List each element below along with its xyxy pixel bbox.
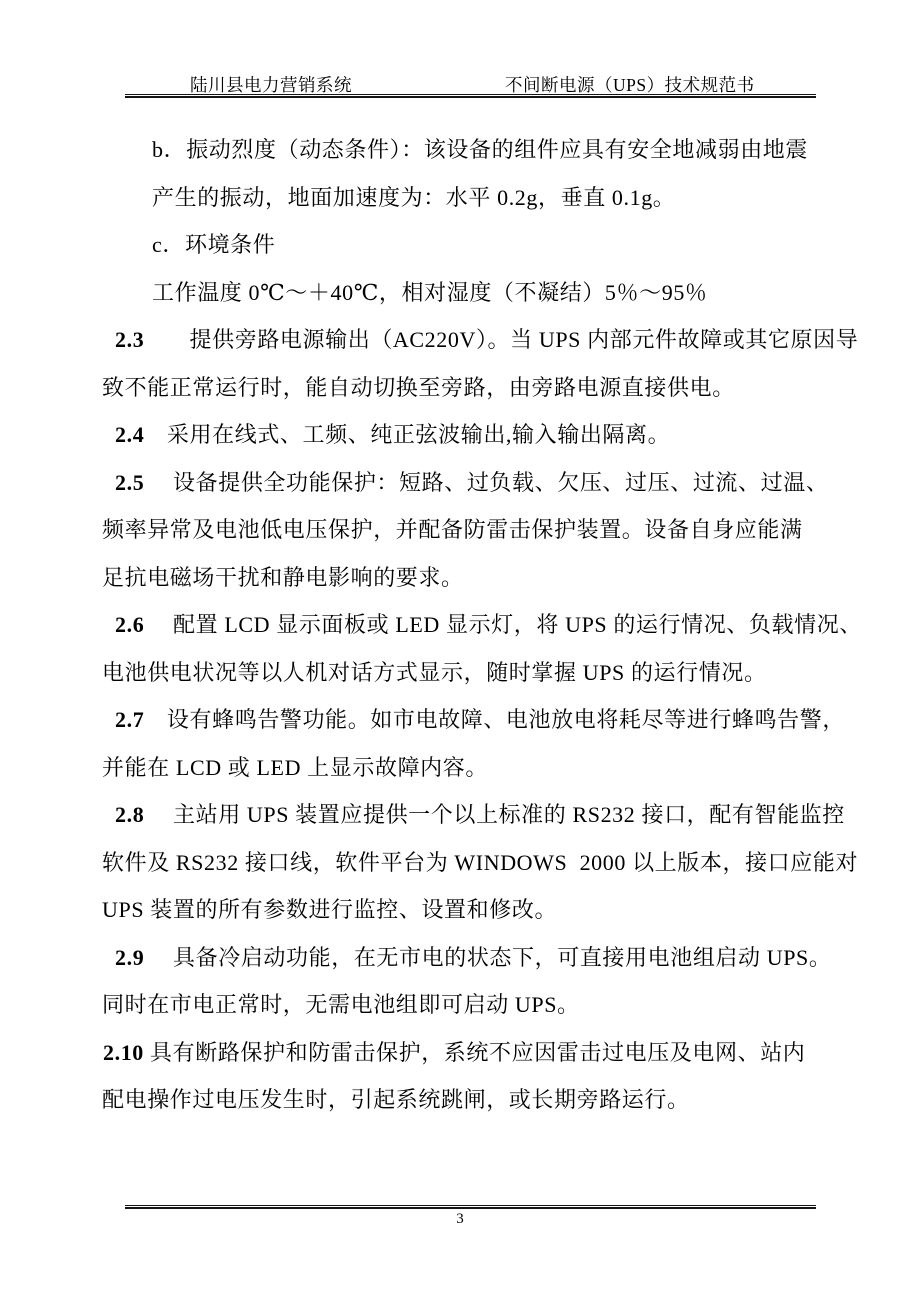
clause-2-9-line-1: 2.9 具备冷启动功能，在无市电的状态下，可直接用电池组启动 UPS。 bbox=[102, 934, 882, 982]
clause-2-8-line-3: UPS 装置的所有参数进行监控、设置和修改。 bbox=[102, 886, 882, 934]
clause-c-line-2: 工作温度 0℃～＋40℃，相对湿度（不凝结）5％～95％ bbox=[102, 269, 882, 317]
section-number-2-6: 2.6 bbox=[115, 612, 144, 637]
paragraph-text: 主站用 UPS 装置应提供一个以上标准的 RS232 接口，配有智能监控 bbox=[144, 802, 845, 827]
page-number: 3 bbox=[0, 1211, 920, 1228]
paragraph-text: 工作温度 0℃～＋40℃，相对湿度（不凝结）5％～95％ bbox=[152, 280, 708, 305]
paragraph-text: 足抗电磁场干扰和静电影响的要求。 bbox=[102, 565, 464, 590]
section-number-2-8: 2.8 bbox=[115, 802, 144, 827]
clause-2-7-line-1: 2.7 设有蜂鸣告警功能。如市电故障、电池放电将耗尽等进行蜂鸣告警， bbox=[102, 696, 882, 744]
clause-2-3-line-2: 致不能正常运行时，能自动切换至旁路，由旁路电源直接供电。 bbox=[102, 364, 882, 412]
section-number-2-7: 2.7 bbox=[115, 707, 144, 732]
paragraph-text: 提供旁路电源输出（AC220V）。当 UPS 内部元件故障或其它原因导 bbox=[144, 327, 858, 352]
paragraph-text: 设备提供全功能保护：短路、过负载、欠压、过压、过流、过温、 bbox=[144, 470, 828, 495]
paragraph-text: 致不能正常运行时，能自动切换至旁路，由旁路电源直接供电。 bbox=[102, 375, 735, 400]
section-number-2-10: 2.10 bbox=[103, 1040, 144, 1065]
section-number-2-3: 2.3 bbox=[115, 327, 144, 352]
paragraph-text: b．振动烈度（动态条件）：该设备的组件应具有安全地减弱由地震 bbox=[152, 137, 808, 162]
clause-c-line-1: c．环境条件 bbox=[102, 221, 882, 269]
paragraph-text: 电池供电状况等以人机对话方式显示，随时掌握 UPS 的运行情况。 bbox=[102, 660, 767, 685]
paragraph-text: 同时在市电正常时，无需电池组即可启动 UPS。 bbox=[102, 992, 580, 1017]
clause-b-line-2: 产生的振动，地面加速度为：水平 0.2g，垂直 0.1g。 bbox=[102, 174, 882, 222]
clause-2-5-line-1: 2.5 设备提供全功能保护：短路、过负载、欠压、过压、过流、过温、 bbox=[102, 459, 882, 507]
paragraph-text: 软件及 RS232 接口线，软件平台为 WINDOWS 2000 以上版本，接口… bbox=[102, 850, 858, 875]
clause-2-9-line-2: 同时在市电正常时，无需电池组即可启动 UPS。 bbox=[102, 981, 882, 1029]
header-rule-thick-line bbox=[125, 96, 816, 98]
clause-2-4-line-1: 2.4 采用在线式、工频、纯正弦波输出,输入输出隔离。 bbox=[102, 411, 882, 459]
clause-2-6-line-2: 电池供电状况等以人机对话方式显示，随时掌握 UPS 的运行情况。 bbox=[102, 649, 882, 697]
footer-rule-thick-line bbox=[125, 1207, 816, 1209]
clause-2-5-line-2: 频率异常及电池低电压保护，并配备防雷击保护装置。设备自身应能满 bbox=[102, 506, 882, 554]
document-body: b．振动烈度（动态条件）：该设备的组件应具有安全地减弱由地震 产生的振动，地面加… bbox=[102, 126, 882, 1124]
paragraph-text: 配电操作过电压发生时，引起系统跳闸，或长期旁路运行。 bbox=[102, 1087, 690, 1112]
document-page: 陆川县电力营销系统 不间断电源（UPS）技术规范书 b．振动烈度（动态条件）：该… bbox=[0, 0, 920, 1302]
footer-rule bbox=[125, 1205, 816, 1209]
paragraph-text: 产生的振动，地面加速度为：水平 0.2g，垂直 0.1g。 bbox=[102, 185, 675, 210]
paragraph-text: 设有蜂鸣告警功能。如市电故障、电池放电将耗尽等进行蜂鸣告警， bbox=[144, 707, 845, 732]
clause-2-10-line-1: 2.10 具有断路保护和防雷击保护，系统不应因雷击过电压及电网、站内 bbox=[102, 1029, 882, 1077]
header-rule bbox=[125, 94, 816, 98]
section-number-2-9: 2.9 bbox=[115, 945, 144, 970]
clause-2-6-line-1: 2.6 配置 LCD 显示面板或 LED 显示灯，将 UPS 的运行情况、负载情… bbox=[102, 601, 882, 649]
section-number-2-5: 2.5 bbox=[115, 470, 144, 495]
clause-2-8-line-2: 软件及 RS232 接口线，软件平台为 WINDOWS 2000 以上版本，接口… bbox=[102, 839, 882, 887]
clause-b-line-1: b．振动烈度（动态条件）：该设备的组件应具有安全地减弱由地震 bbox=[102, 126, 882, 174]
paragraph-text: UPS 装置的所有参数进行监控、设置和修改。 bbox=[102, 897, 557, 922]
paragraph-text: 并能在 LCD 或 LED 上显示故障内容。 bbox=[102, 755, 488, 780]
paragraph-text: 采用在线式、工频、纯正弦波输出,输入输出隔离。 bbox=[144, 422, 670, 447]
clause-2-5-line-3: 足抗电磁场干扰和静电影响的要求。 bbox=[102, 554, 882, 602]
paragraph-text: 具备冷启动功能，在无市电的状态下，可直接用电池组启动 UPS。 bbox=[144, 945, 831, 970]
clause-2-7-line-2: 并能在 LCD 或 LED 上显示故障内容。 bbox=[102, 744, 882, 792]
clause-2-10-line-2: 配电操作过电压发生时，引起系统跳闸，或长期旁路运行。 bbox=[102, 1076, 882, 1124]
paragraph-text: 配置 LCD 显示面板或 LED 显示灯，将 UPS 的运行情况、负载情况、 bbox=[144, 612, 862, 637]
section-number-2-4: 2.4 bbox=[115, 422, 144, 447]
clause-2-3-line-1: 2.3 提供旁路电源输出（AC220V）。当 UPS 内部元件故障或其它原因导 bbox=[102, 316, 882, 364]
paragraph-text: c．环境条件 bbox=[152, 232, 275, 257]
clause-2-8-line-1: 2.8 主站用 UPS 装置应提供一个以上标准的 RS232 接口，配有智能监控 bbox=[102, 791, 882, 839]
paragraph-text: 频率异常及电池低电压保护，并配备防雷击保护装置。设备自身应能满 bbox=[102, 517, 803, 542]
paragraph-text: 具有断路保护和防雷击保护，系统不应因雷击过电压及电网、站内 bbox=[144, 1040, 806, 1065]
